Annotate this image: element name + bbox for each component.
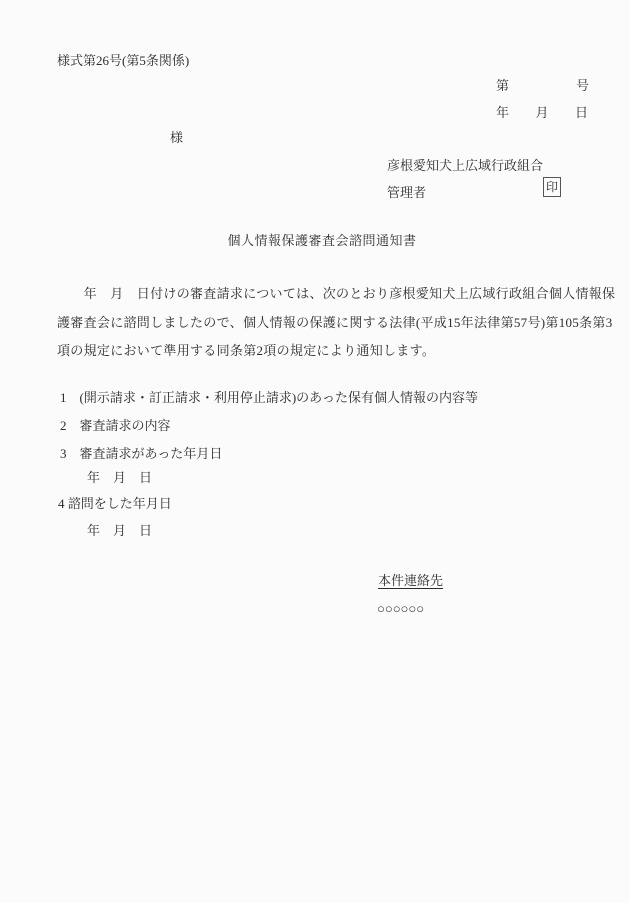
date-year-label: 年 bbox=[496, 105, 509, 120]
contact-heading: 本件連絡先 bbox=[378, 573, 443, 588]
body-paragraph-line-2: 護審査会に諮問しましたので、個人情報の保護に関する法律(平成15年法律第57号)… bbox=[57, 315, 613, 330]
document-title: 個人情報保護審査会諮問通知書 bbox=[0, 233, 630, 248]
form-number: 様式第26号(第5条関係) bbox=[57, 53, 189, 68]
doc-number-prefix: 第 bbox=[496, 78, 509, 93]
organization-name: 彦根愛知犬上広域行政組合 bbox=[387, 158, 543, 173]
list-item-2: 2 審査請求の内容 bbox=[60, 418, 171, 433]
seal-mark: 印 bbox=[543, 177, 561, 197]
document-number-line: 第 号 bbox=[496, 78, 589, 93]
list-item-4: 4 諮問をした年月日 bbox=[58, 496, 172, 511]
body-paragraph-line-1: 年 月 日付けの審査請求については、次のとおり彦根愛知犬上広域行政組合個人情報保 bbox=[57, 286, 615, 301]
issue-date-line: 年 月 日 bbox=[496, 105, 588, 120]
addressee-honorific: 様 bbox=[170, 130, 183, 145]
list-item-1: 1 (開示請求・訂正請求・利用停止請求)のあった保有個人情報の内容等 bbox=[60, 390, 478, 405]
list-item-3-date-line: 年 月 日 bbox=[87, 470, 152, 485]
doc-number-suffix: 号 bbox=[576, 78, 589, 93]
manager-label: 管理者 bbox=[387, 185, 426, 200]
contact-value-placeholder: ○○○○○○ bbox=[377, 601, 424, 616]
date-day-label: 日 bbox=[575, 105, 588, 120]
document-page: 様式第26号(第5条関係) 第 号 年 月 日 様 彦根愛知犬上広域行政組合 管… bbox=[0, 0, 630, 903]
list-item-4-date-line: 年 月 日 bbox=[87, 523, 152, 538]
list-item-3: 3 審査請求があった年月日 bbox=[60, 446, 222, 461]
body-paragraph-line-3: 項の規定において準用する同条第2項の規定により通知します。 bbox=[57, 343, 435, 358]
date-month-label: 月 bbox=[535, 105, 548, 120]
